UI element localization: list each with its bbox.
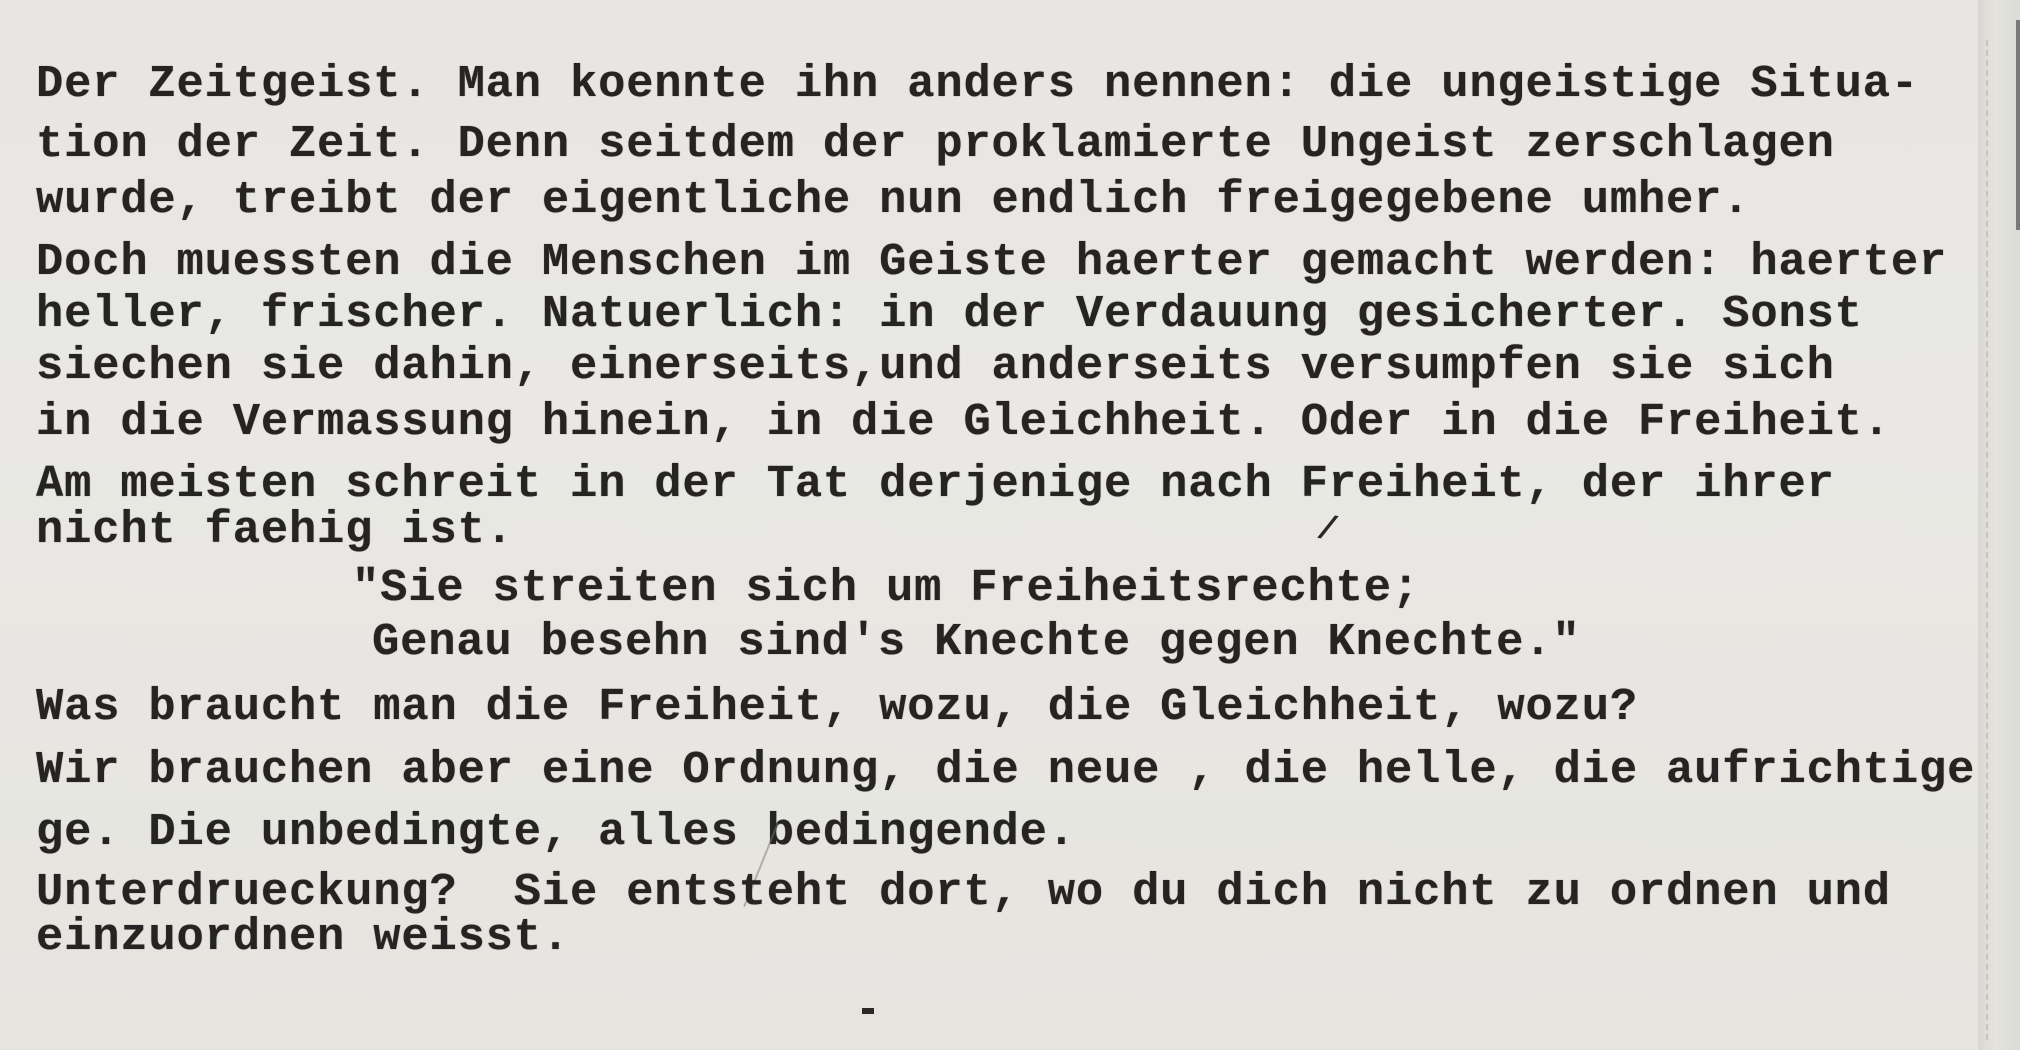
text-line: heller, frischer. Natuerlich: in der Ver… (36, 292, 1863, 338)
text-line: einzuordnen weisst. (36, 915, 570, 961)
text-line: Wir brauchen aber eine Ordnung, die neue… (36, 748, 1975, 794)
text-line: Der Zeitgeist. Man koennte ihn anders ne… (36, 62, 1919, 108)
page-edge-shadow (2016, 20, 2020, 230)
text-line: ge. Die unbedingte, alles bedingende. (36, 810, 1076, 856)
quote-line: Genau besehn sind's Knechte gegen Knecht… (372, 620, 1581, 666)
text-line: Unterdrueckung? Sie entsteht dort, wo du… (36, 870, 1891, 916)
text-line: Am meisten schreit in der Tat derjenige … (36, 462, 1835, 508)
text-line: nicht faehig ist. (36, 508, 514, 554)
text-line: Was braucht man die Freiheit, wozu, die … (36, 685, 1638, 731)
page-edge (1978, 0, 2020, 1050)
perforation-line (1986, 40, 1988, 1040)
text-line: tion der Zeit. Denn seitdem der proklami… (36, 122, 1835, 168)
text-line: wurde, treibt der eigentliche nun endlic… (36, 178, 1750, 224)
text-line: in die Vermassung hinein, in die Gleichh… (36, 400, 1891, 446)
text-line: Doch muessten die Menschen im Geiste hae… (36, 240, 1947, 286)
quote-line: "Sie streiten sich um Freiheitsrechte; (352, 566, 1420, 612)
text-line: siechen sie dahin, einerseits,und anders… (36, 344, 1835, 390)
end-mark (862, 1008, 874, 1014)
